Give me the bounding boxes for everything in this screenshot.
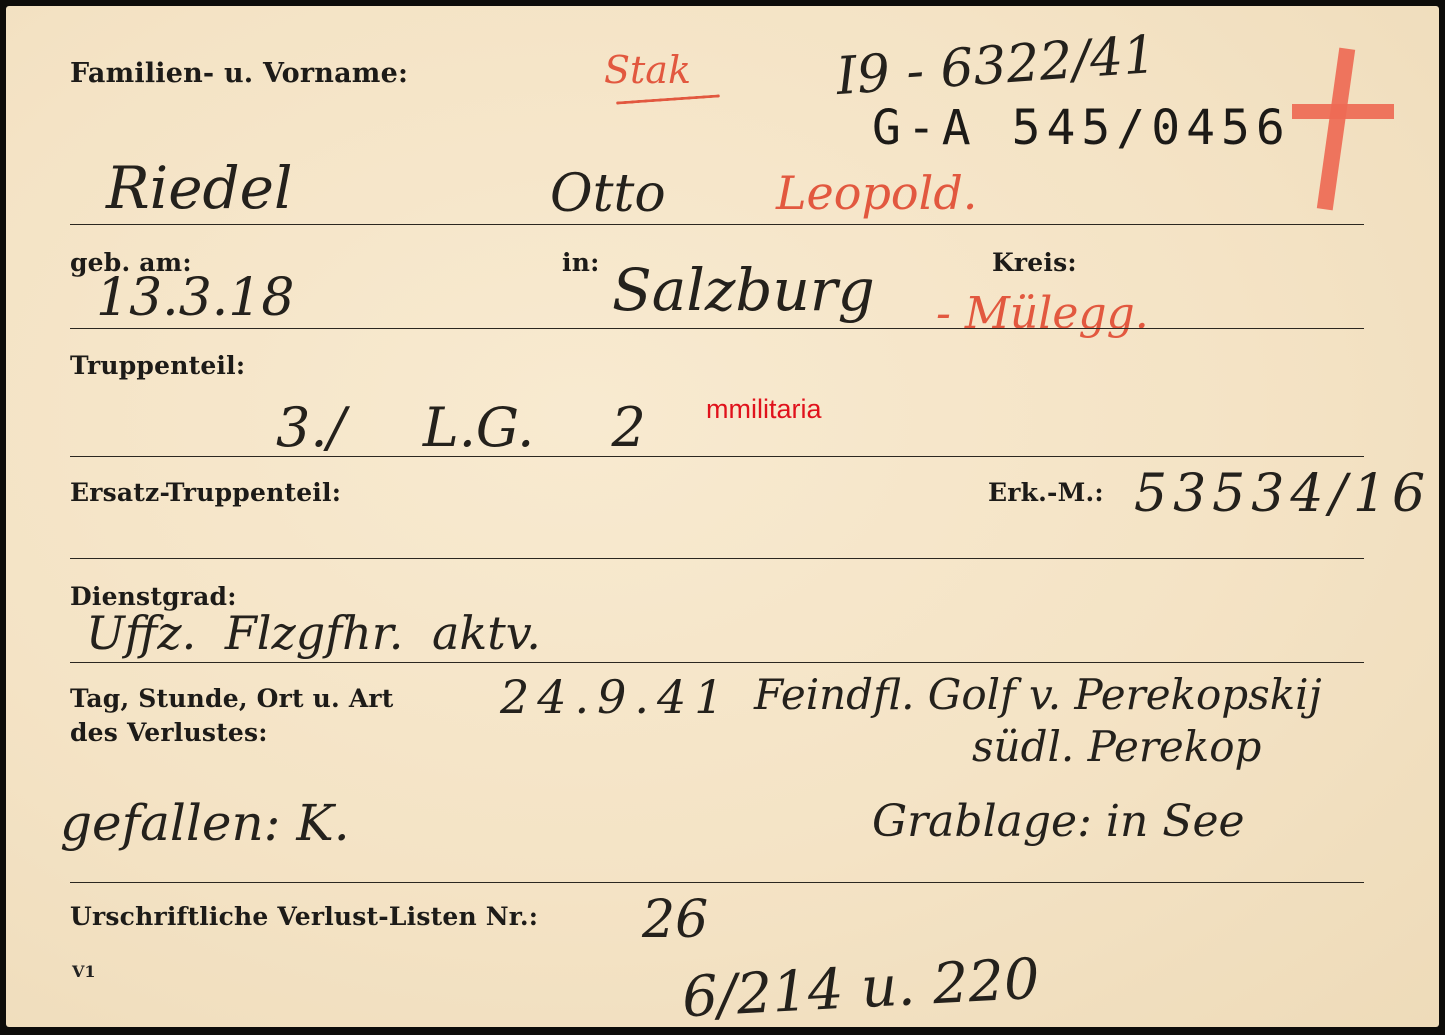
loss-lists-label: Urschriftliche Verlust-Listen Nr.: — [70, 902, 538, 931]
loss-list-pages: 6/214 u. 220 — [681, 947, 1042, 1031]
birth-place: Salzburg — [612, 256, 875, 324]
born-in-label: in: — [562, 248, 600, 277]
unit-value: 3./ L.G. 2 — [276, 396, 646, 459]
district-red: - Mülegg. — [936, 288, 1149, 339]
loss-label-line1: Tag, Stunde, Ort u. Art — [70, 684, 394, 713]
loss-place-line2: südl. Perekop — [972, 722, 1261, 771]
replacement-unit-label: Ersatz-Truppenteil: — [70, 478, 341, 507]
unit-label: Truppenteil: — [70, 351, 245, 380]
grave-location: Grablage: in See — [872, 796, 1245, 847]
rule-loss — [70, 882, 1364, 883]
rule-birth — [70, 328, 1364, 329]
death-cross-mark-bar — [1292, 104, 1394, 119]
rule-rank — [70, 662, 1364, 663]
rule-unit — [70, 456, 1364, 457]
casualty-record-card: Familien- u. Vorname: Stak I9 - 6322/41 … — [6, 6, 1439, 1027]
loss-list-number: 26 — [642, 890, 708, 950]
loss-label-line2: des Verlustes: — [70, 718, 268, 747]
first-name-red: Leopold. — [776, 166, 977, 220]
form-code-label: V1 — [72, 962, 96, 981]
stamp-number: G-A 545/0456 — [872, 100, 1291, 156]
red-underline — [616, 94, 720, 104]
id-tag-value: 53534/16 — [1134, 464, 1431, 524]
birth-date: 13.3.18 — [96, 268, 294, 328]
red-mark-top: Stak — [604, 48, 691, 92]
rule-name — [70, 224, 1364, 225]
surname: Riedel — [106, 154, 293, 222]
death-cross-mark-icon — [1317, 48, 1355, 211]
loss-place-line1: Feindfl. Golf v. Perekopskij — [754, 670, 1322, 719]
rule-replacement — [70, 558, 1364, 559]
first-name: Otto — [550, 164, 666, 224]
loss-type: gefallen: K. — [60, 794, 350, 852]
file-number: I9 - 6322/41 — [834, 25, 1158, 107]
loss-date: 24.9.41 — [500, 670, 732, 724]
district-label: Kreis: — [992, 248, 1077, 277]
watermark: mmilitaria — [706, 394, 822, 425]
id-tag-label: Erk.-M.: — [988, 478, 1104, 507]
name-label: Familien- u. Vorname: — [70, 58, 408, 89]
rank-value: Uffz. Flzgfhr. aktv. — [86, 606, 541, 660]
